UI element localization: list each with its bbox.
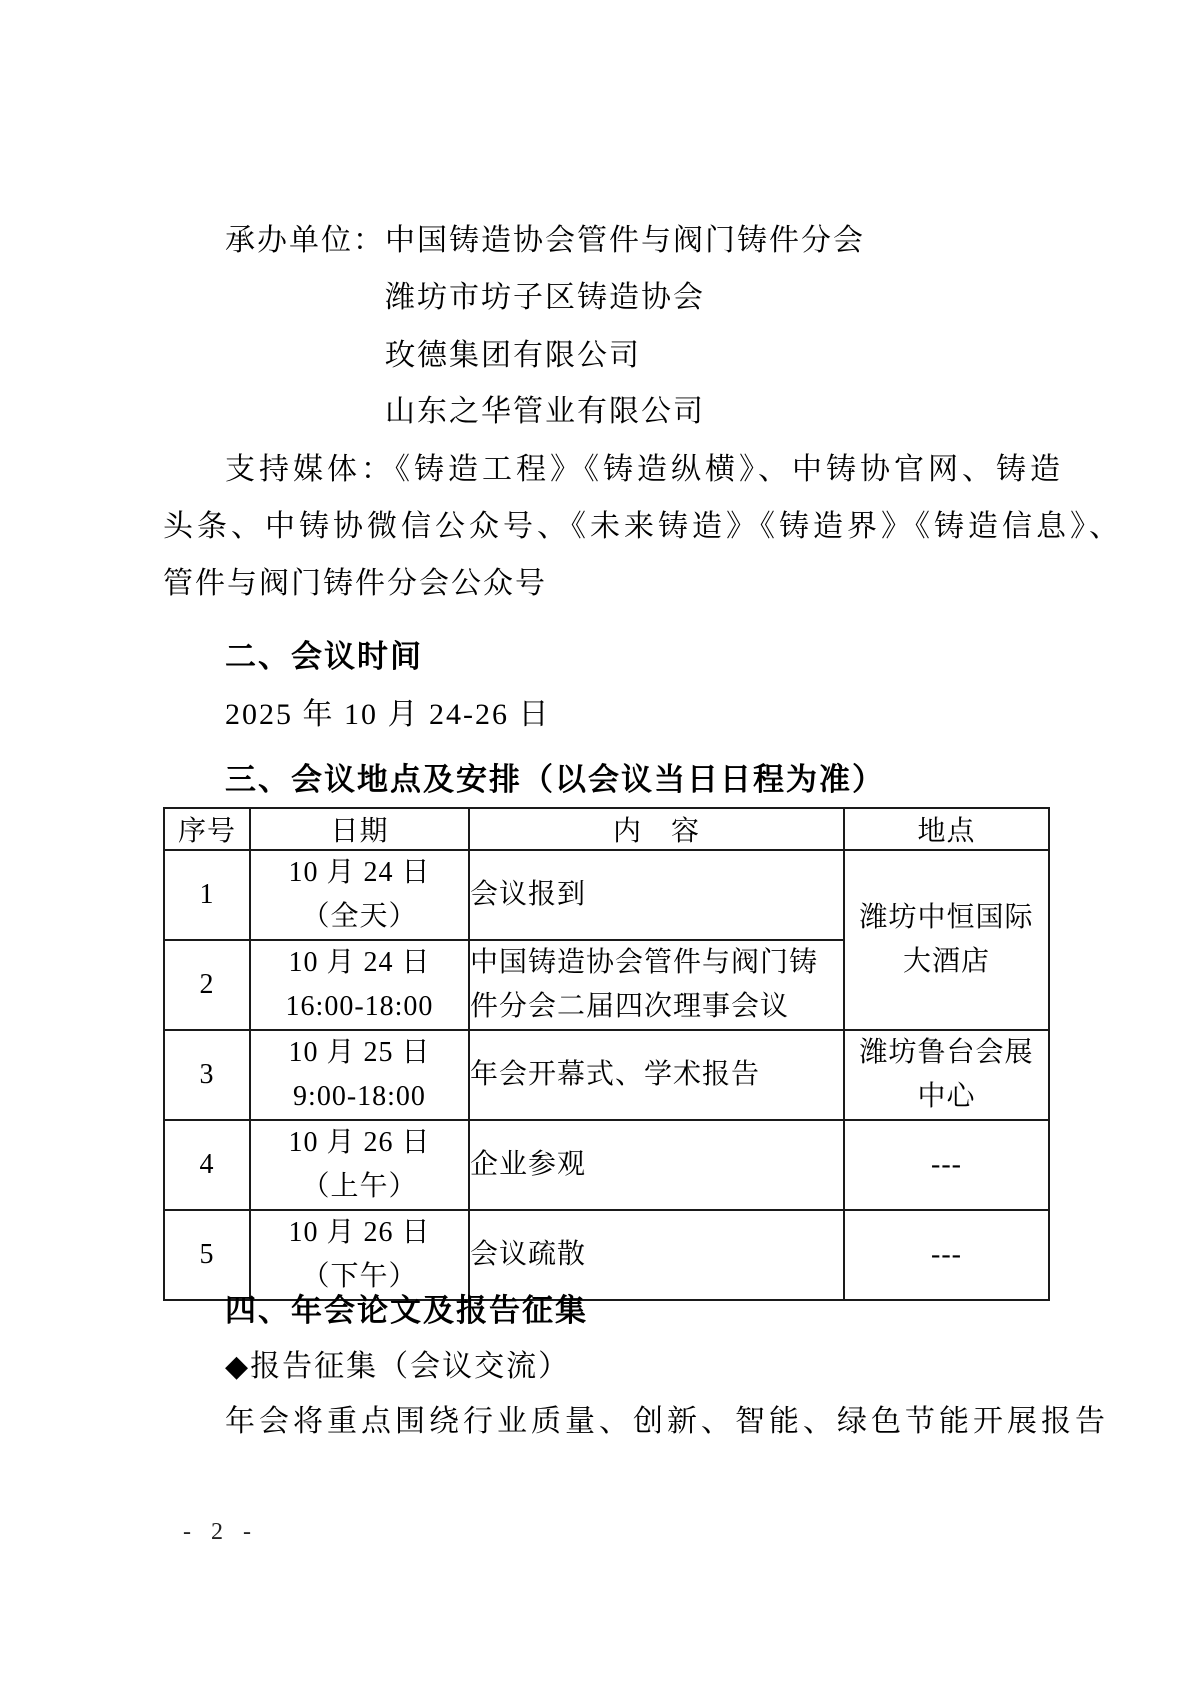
organizer-value: 潍坊市坊子区铸造协会 bbox=[385, 280, 705, 316]
cell-no: 4 bbox=[164, 1120, 250, 1210]
section-papers-bullet: ◆报告征集（会议交流） bbox=[225, 1349, 570, 1385]
table-header-row: 序号 日期 内 容 地点 bbox=[164, 808, 1049, 850]
section-papers-title: 四、年会论文及报告征集 bbox=[225, 1293, 588, 1329]
cell-date: 10 月 24 日 16:00-18:00 bbox=[250, 940, 469, 1030]
cell-no: 3 bbox=[164, 1030, 250, 1120]
table-row: 4 10 月 26 日 （上午） 企业参观 --- bbox=[164, 1120, 1049, 1210]
cell-content: 会议疏散 bbox=[469, 1210, 844, 1300]
cell-content: 年会开幕式、学术报告 bbox=[469, 1030, 844, 1120]
table-row: 5 10 月 26 日 （下午） 会议疏散 --- bbox=[164, 1210, 1049, 1300]
cell-date: 10 月 24 日 （全天） bbox=[250, 850, 469, 940]
organizer-value: 玫德集团有限公司 bbox=[385, 338, 641, 374]
cell-date: 10 月 26 日 （上午） bbox=[250, 1120, 469, 1210]
section-venue-title: 三、会议地点及安排（以会议当日日程为准） bbox=[225, 762, 885, 798]
cell-location: 潍坊鲁台会展 中心 bbox=[844, 1030, 1049, 1120]
cell-location: --- bbox=[844, 1120, 1049, 1210]
location-line: --- bbox=[845, 1233, 1048, 1277]
content-line: 件分会二届四次理事会议 bbox=[470, 985, 843, 1029]
section-time-title: 二、会议时间 bbox=[225, 639, 423, 675]
location-line: --- bbox=[845, 1143, 1048, 1187]
cell-content: 会议报到 bbox=[469, 850, 844, 940]
page-number: - 2 - bbox=[183, 1519, 258, 1546]
cell-content: 企业参观 bbox=[469, 1120, 844, 1210]
content-line: 会议疏散 bbox=[470, 1233, 843, 1277]
date-line: 10 月 24 日 bbox=[251, 941, 468, 985]
date-line: 10 月 26 日 bbox=[251, 1121, 468, 1165]
header-date: 日期 bbox=[250, 808, 469, 850]
media-line: 支持媒体：《铸造工程》《铸造纵横》、中铸协官网、铸造 bbox=[225, 452, 1064, 488]
organizer-block-line-1: 承办单位：中国铸造协会管件与阀门铸件分会 bbox=[225, 223, 865, 259]
content-line: 会议报到 bbox=[470, 873, 843, 917]
table-row: 1 10 月 24 日 （全天） 会议报到 潍坊中恒国际 大酒店 bbox=[164, 850, 1049, 940]
location-line: 大酒店 bbox=[845, 940, 1048, 984]
cell-no: 5 bbox=[164, 1210, 250, 1300]
section-papers-body: 年会将重点围绕行业质量、创新、智能、绿色节能开展报告 bbox=[225, 1404, 1109, 1440]
location-line: 中心 bbox=[845, 1075, 1048, 1119]
header-no: 序号 bbox=[164, 808, 250, 850]
date-line: 10 月 26 日 bbox=[251, 1211, 468, 1255]
content-line: 中国铸造协会管件与阀门铸 bbox=[470, 941, 843, 985]
section-time-body: 2025 年 10 月 24-26 日 bbox=[225, 697, 551, 733]
date-line: （全天） bbox=[251, 895, 468, 939]
schedule-table: 序号 日期 内 容 地点 1 10 月 24 日 （全天） 会议报到 潍坊中恒国… bbox=[163, 807, 1050, 1301]
cell-date: 10 月 25 日 9:00-18:00 bbox=[250, 1030, 469, 1120]
organizer-value: 山东之华管业有限公司 bbox=[385, 394, 705, 430]
date-line: 10 月 25 日 bbox=[251, 1031, 468, 1075]
cell-no: 2 bbox=[164, 940, 250, 1030]
cell-no: 1 bbox=[164, 850, 250, 940]
content-line: 年会开幕式、学术报告 bbox=[470, 1053, 843, 1097]
table-row: 3 10 月 25 日 9:00-18:00 年会开幕式、学术报告 潍坊鲁台会展… bbox=[164, 1030, 1049, 1120]
document-page: 承办单位：中国铸造协会管件与阀门铸件分会 潍坊市坊子区铸造协会 玫德集团有限公司… bbox=[0, 0, 1200, 1697]
date-line: 9:00-18:00 bbox=[251, 1075, 468, 1119]
cell-content: 中国铸造协会管件与阀门铸 件分会二届四次理事会议 bbox=[469, 940, 844, 1030]
media-line: 管件与阀门铸件分会公众号 bbox=[163, 566, 547, 602]
cell-location: --- bbox=[844, 1210, 1049, 1300]
date-line: 16:00-18:00 bbox=[251, 985, 468, 1029]
header-content: 内 容 bbox=[469, 808, 844, 850]
date-line: （上午） bbox=[251, 1165, 468, 1209]
media-line: 头条、中铸协微信公众号、《未来铸造》《铸造界》《铸造信息》、 bbox=[163, 509, 1123, 545]
date-line: 10 月 24 日 bbox=[251, 851, 468, 895]
content-line: 企业参观 bbox=[470, 1143, 843, 1187]
cell-location: 潍坊中恒国际 大酒店 bbox=[844, 850, 1049, 1030]
location-line: 潍坊中恒国际 bbox=[845, 896, 1048, 940]
cell-date: 10 月 26 日 （下午） bbox=[250, 1210, 469, 1300]
organizer-label: 承办单位： bbox=[225, 224, 385, 257]
header-location: 地点 bbox=[844, 808, 1049, 850]
location-line: 潍坊鲁台会展 bbox=[845, 1031, 1048, 1075]
organizer-value: 中国铸造协会管件与阀门铸件分会 bbox=[385, 224, 865, 257]
